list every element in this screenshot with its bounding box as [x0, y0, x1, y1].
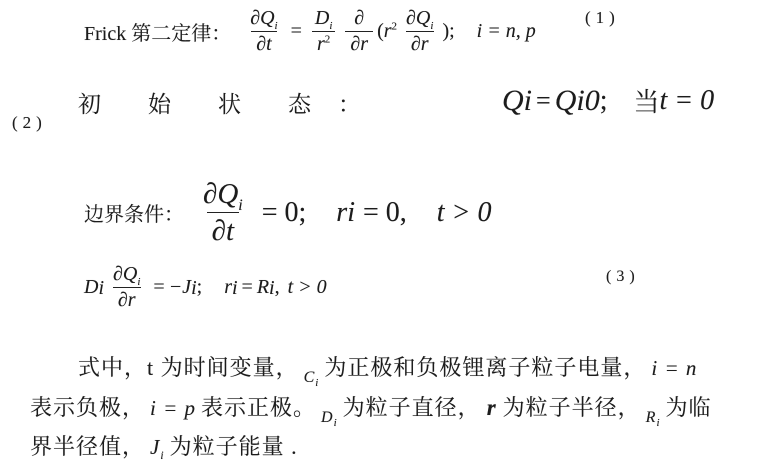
equation-1: Frick 第二定律： ∂Qi ∂t = Di r2 ∂ ∂r ( r2 ∂Qi… — [84, 6, 536, 57]
var-Di: Di — [321, 409, 338, 426]
eq3-label: 边界条件： — [84, 198, 184, 227]
frac-denominator: ∂r — [406, 31, 434, 57]
math-var: C — [304, 369, 316, 386]
eq2-number: (2) — [12, 113, 47, 133]
equals-sign: = — [242, 276, 253, 299]
math-var: J — [150, 435, 160, 459]
open-paren: ( — [377, 20, 384, 43]
math-expression: i = n — [651, 356, 697, 380]
eq1-label: Frick 第二定律： — [84, 17, 231, 46]
math-var: r — [224, 276, 232, 299]
math-var: ∂ — [354, 7, 364, 29]
frac-denominator: ∂r — [113, 287, 141, 313]
subscript: i — [315, 377, 319, 389]
frac-numerator: ∂Qi — [245, 6, 282, 31]
paragraph-text: 式中，t 为时间变量， — [78, 355, 299, 380]
superscript: 2 — [325, 33, 331, 45]
math-var: ∂t — [256, 33, 271, 55]
math-var: ∂t — [212, 215, 234, 247]
math-var: r — [336, 197, 347, 229]
fraction-dQi-dt: ∂Qi ∂t — [198, 176, 248, 250]
eq1-condition: i = n, p — [477, 20, 536, 43]
equation-3b: Di ∂Qi ∂r = −Ji; ri = Ri, t > 0 — [84, 262, 327, 313]
math-var: Q — [502, 84, 524, 118]
paragraph-text: 界半径值， — [30, 434, 145, 459]
frac-denominator: r2 — [312, 31, 335, 57]
frac-numerator: Di — [310, 6, 338, 31]
equation-2-label-row: 初始状态： — [78, 86, 361, 119]
paragraph-text: 为粒子能量 . — [170, 434, 298, 459]
frac-numerator: ∂ — [349, 6, 369, 31]
var-Ri: Ri — [646, 409, 661, 426]
fraction-dQi-dr: ∂Qi ∂r — [401, 6, 438, 57]
subscript: i — [656, 417, 660, 429]
math-var: ∂Q — [250, 7, 274, 29]
math-var: ∂Q — [203, 178, 238, 210]
equation-2: Qi = Qi0 ; 当 t = 0 — [502, 82, 714, 119]
paragraph-text: 表示正极。 — [201, 395, 316, 420]
math-var: ∂Q — [113, 263, 137, 285]
math-var: r — [317, 33, 325, 55]
document-page: Frick 第二定律： ∂Qi ∂t = Di r2 ∂ ∂r ( r2 ∂Qi… — [0, 0, 760, 463]
eq3-r-condition: = 0, — [363, 197, 407, 229]
math-expression: i = p — [150, 396, 196, 420]
subscript: i — [160, 450, 164, 462]
eq2-time-condition: t = 0 — [660, 85, 715, 117]
paragraph-text: 为粒子半径， — [503, 395, 641, 420]
math-var: R — [257, 276, 269, 299]
eq2-when-char: 当 — [633, 82, 659, 119]
var-r: r — [487, 395, 497, 420]
paragraph-text: 为临 — [666, 395, 712, 420]
eq2-label-colon: ： — [338, 86, 361, 119]
math-var: R — [646, 409, 657, 426]
paragraph-line-3: 界半径值，Ji为粒子能量 . — [30, 429, 298, 463]
frac-denominator: ∂r — [345, 31, 373, 57]
fraction-dQi-dr: ∂Qi ∂r — [108, 262, 145, 313]
semicolon: ; — [197, 276, 203, 299]
math-var: r — [384, 20, 392, 42]
equals-sign: = — [291, 20, 302, 43]
equals-sign: = — [536, 86, 551, 116]
math-var: ∂r — [350, 33, 368, 55]
math-var: ∂Q — [406, 7, 430, 29]
math-var: ∂r — [411, 33, 429, 55]
eq4-t-condition: t > 0 — [288, 276, 327, 299]
eq1-number: (1) — [585, 8, 620, 28]
eq3-number: (3) — [606, 268, 640, 286]
close-paren: ); — [442, 20, 454, 43]
equation-3a: 边界条件： ∂Qi ∂t = 0; ri = 0, t > 0 — [84, 176, 491, 250]
var-Ci: Ci — [304, 369, 320, 386]
paragraph-line-1: 式中，t 为时间变量，Ci为正极和负极锂离子粒子电量，i = n — [78, 350, 702, 389]
paragraph-line-2: 表示负极，i = p表示正极。Di为粒子直径，r为粒子半径，Ri为临 — [30, 390, 712, 429]
paragraph-text: 为粒子直径， — [343, 395, 481, 420]
math-var: D — [315, 7, 329, 29]
superscript: 2 — [392, 20, 398, 32]
eq3-rhs: = 0; — [262, 197, 307, 229]
eq2-label: 初始状态 — [78, 86, 358, 119]
frac-numerator: ∂Qi — [401, 6, 438, 31]
semicolon: ; — [600, 85, 608, 117]
frac-numerator: ∂Qi — [108, 262, 145, 287]
paragraph-text: 表示负极， — [30, 395, 145, 420]
math-var: Q — [555, 84, 577, 118]
paragraph-text: 为正极和负极锂离子粒子电量， — [324, 355, 646, 380]
var-Ji: Ji — [150, 435, 165, 459]
comma: , — [275, 276, 280, 299]
eq3-t-condition: t > 0 — [437, 197, 492, 229]
math-var: −J — [169, 276, 191, 299]
subscript: i — [238, 197, 242, 214]
frac-denominator: ∂t — [207, 212, 239, 249]
math-var: D — [321, 409, 334, 426]
math-var: D — [84, 276, 98, 299]
math-var: ∂r — [118, 289, 136, 311]
fraction-dQi-dt: ∂Qi ∂t — [245, 6, 282, 57]
frac-numerator: ∂Qi — [198, 176, 248, 212]
subscript: i — [334, 417, 338, 429]
fraction-Di-r2: Di r2 — [310, 6, 338, 57]
equals-sign: = — [153, 276, 164, 299]
r-squared: r2 — [384, 20, 397, 43]
frac-denominator: ∂t — [251, 31, 276, 57]
fraction-d-dr: ∂ ∂r — [345, 6, 373, 57]
